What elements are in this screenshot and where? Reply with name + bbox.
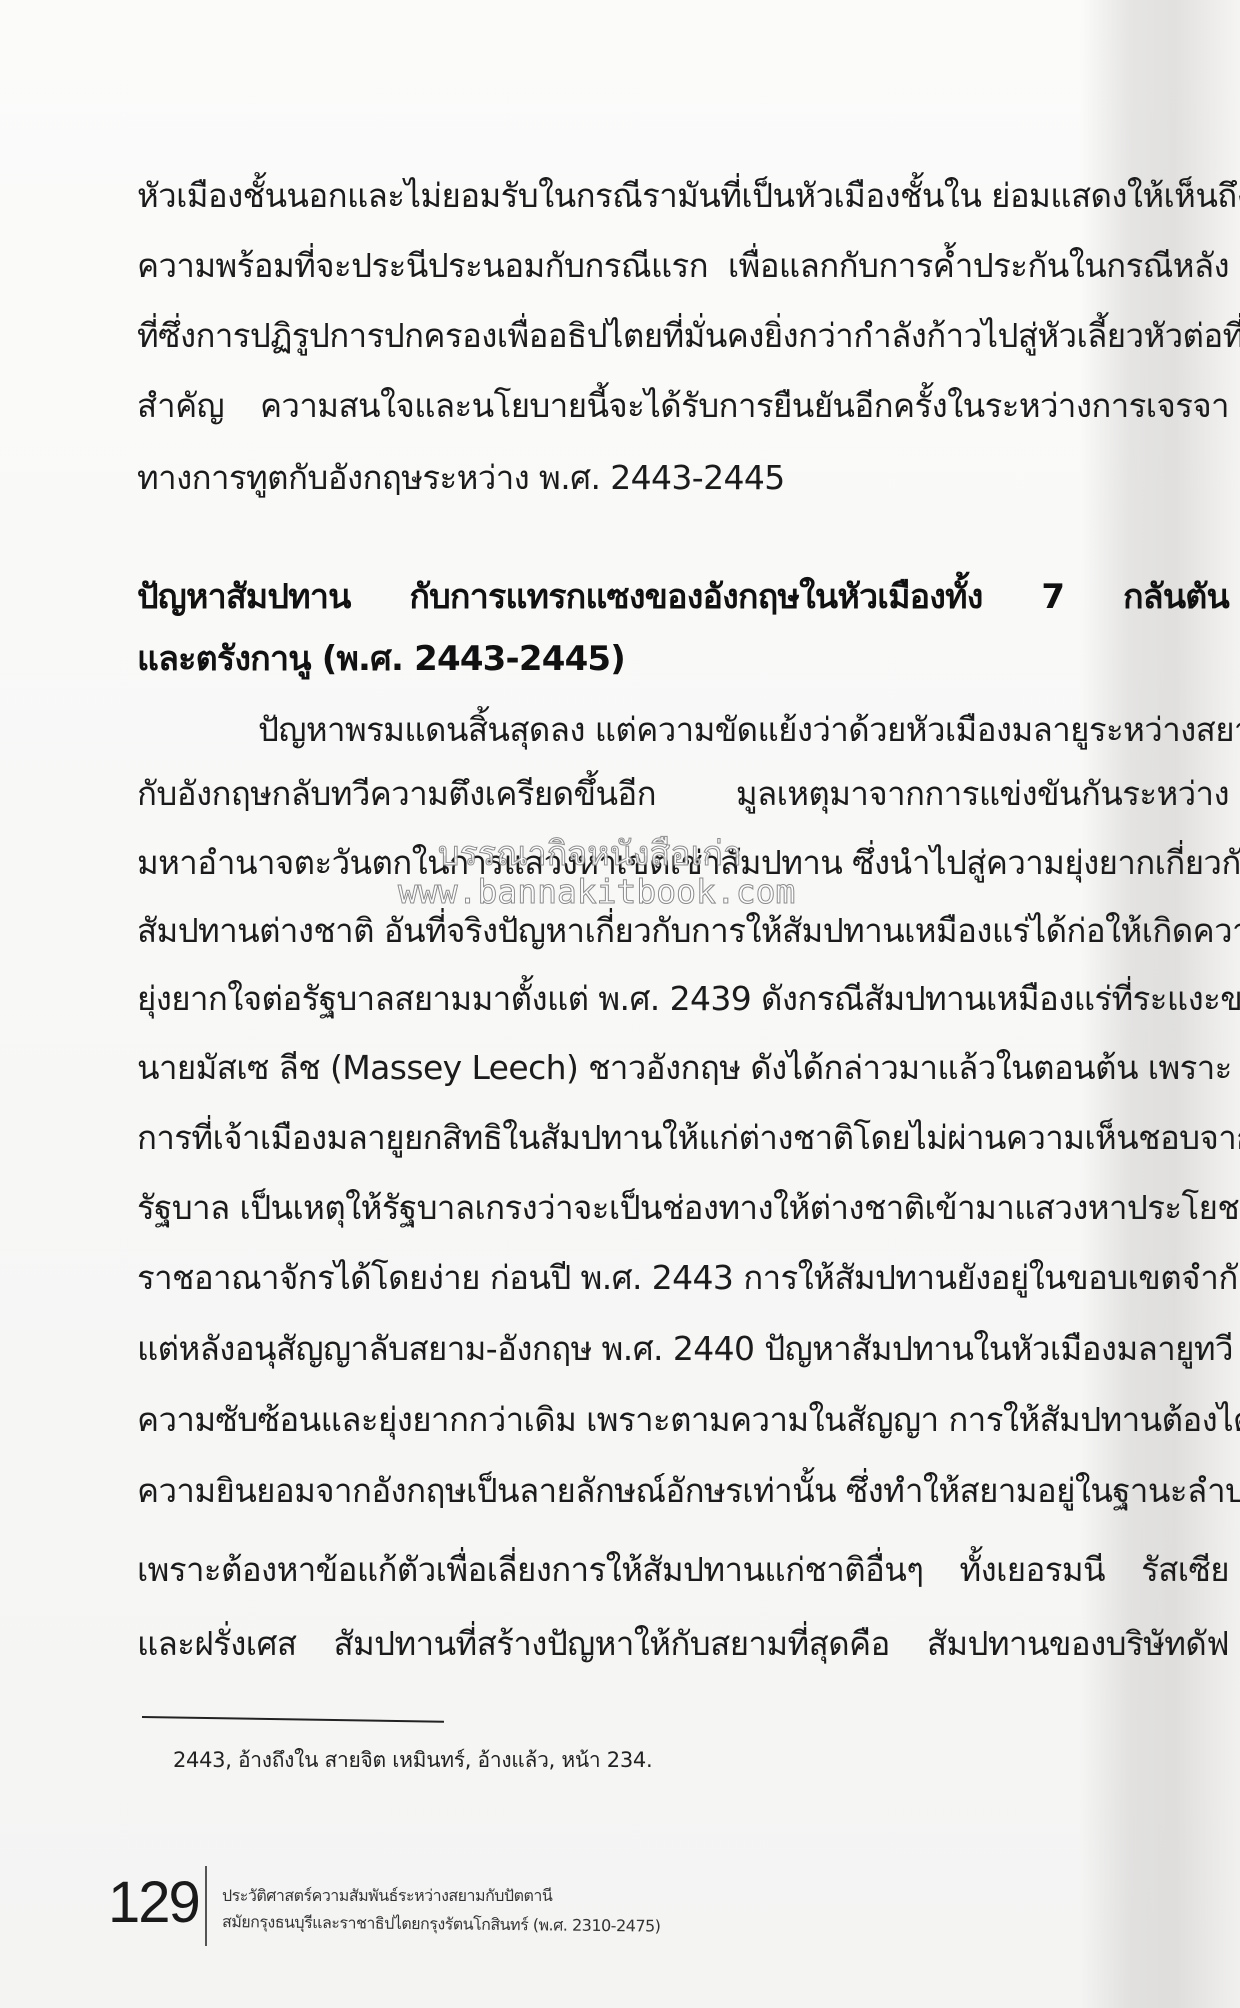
text-line: ยุ่งยากใจต่อรัฐบาลสยามมาตั้งแต่ พ.ศ. 243… — [137, 977, 1229, 1021]
text-line: ทางการทูตกับอังกฤษระหว่าง พ.ศ. 2443-2445 — [137, 456, 1229, 500]
text-line: สำคัญ ความสนใจและนโยบายนี้จะได้รับการยืน… — [137, 384, 1229, 428]
text-line: แต่หลังอนุสัญญาลับสยาม-อังกฤษ พ.ศ. 2440 … — [137, 1327, 1229, 1371]
text-line: ราชอาณาจักรได้โดยง่าย ก่อนปี พ.ศ. 2443 ก… — [137, 1256, 1229, 1300]
text-line: และฝรั่งเศส สัมปทานที่สร้างปัญหาให้กับสย… — [137, 1622, 1229, 1666]
heading-line: ปัญหาสัมปทาน กับการแทรกแซงของอังกฤษในหัว… — [137, 574, 1229, 620]
text-line: สัมปทานต่างชาติ อันที่จริงปัญหาเกี่ยวกับ… — [137, 909, 1229, 953]
book-title-line-2: สมัยกรุงธนบุรีและราชาธิปไตยกรุงรัตนโกสิน… — [222, 1910, 661, 1940]
book-title-line-1: ประวัติศาสตร์ความสัมพันธ์ระหว่างสยามกับป… — [222, 1884, 552, 1909]
text-line: ความพร้อมที่จะประนีประนอมกับกรณีแรก เพื่… — [137, 244, 1229, 288]
footnote-text: 2443, อ้างถึงใน สายจิต เหมินทร์, อ้างแล้… — [173, 1744, 652, 1777]
footer-divider — [205, 1866, 207, 1946]
text-line: ที่ซึ่งการปฏิรูปการปกครองเพื่ออธิปไตยที่… — [137, 314, 1229, 358]
text-line: นายมัสเซ ลีช (Massey Leech) ชาวอังกฤษ ดั… — [137, 1046, 1229, 1090]
book-page: หัวเมืองชั้นนอกและไม่ยอมรับในกรณีรามันที… — [0, 0, 1240, 2008]
text-line: การที่เจ้าเมืองมลายูยกสิทธิในสัมปทานให้แ… — [137, 1116, 1229, 1160]
text-line: ความยินยอมจากอังกฤษเป็นลายลักษณ์อักษรเท่… — [137, 1469, 1229, 1513]
text-line: กับอังกฤษกลับทวีความตึงเครียดขึ้นอีก มูล… — [137, 772, 1229, 816]
text-line: ความซับซ้อนและยุ่งยากกว่าเดิม เพราะตามคว… — [137, 1398, 1229, 1442]
text-line: ปัญหาพรมแดนสิ้นสุดลง แต่ความขัดแย้งว่าด้… — [258, 708, 1229, 752]
text-line: มหาอำนาจตะวันตกในการแสวงหาเขตเช่าสัมปทาน… — [137, 841, 1229, 885]
heading-line: และตรังกานู (พ.ศ. 2443-2445) — [137, 636, 625, 682]
text-line: รัฐบาล เป็นเหตุให้รัฐบาลเกรงว่าจะเป็นช่อ… — [137, 1186, 1229, 1230]
text-line: หัวเมืองชั้นนอกและไม่ยอมรับในกรณีรามันที… — [137, 174, 1229, 218]
page-number: 129 — [108, 1868, 199, 1938]
text-line: เพราะต้องหาข้อแก้ตัวเพื่อเลี่ยงการให้สัม… — [137, 1548, 1229, 1592]
footnote-divider — [142, 1716, 444, 1723]
